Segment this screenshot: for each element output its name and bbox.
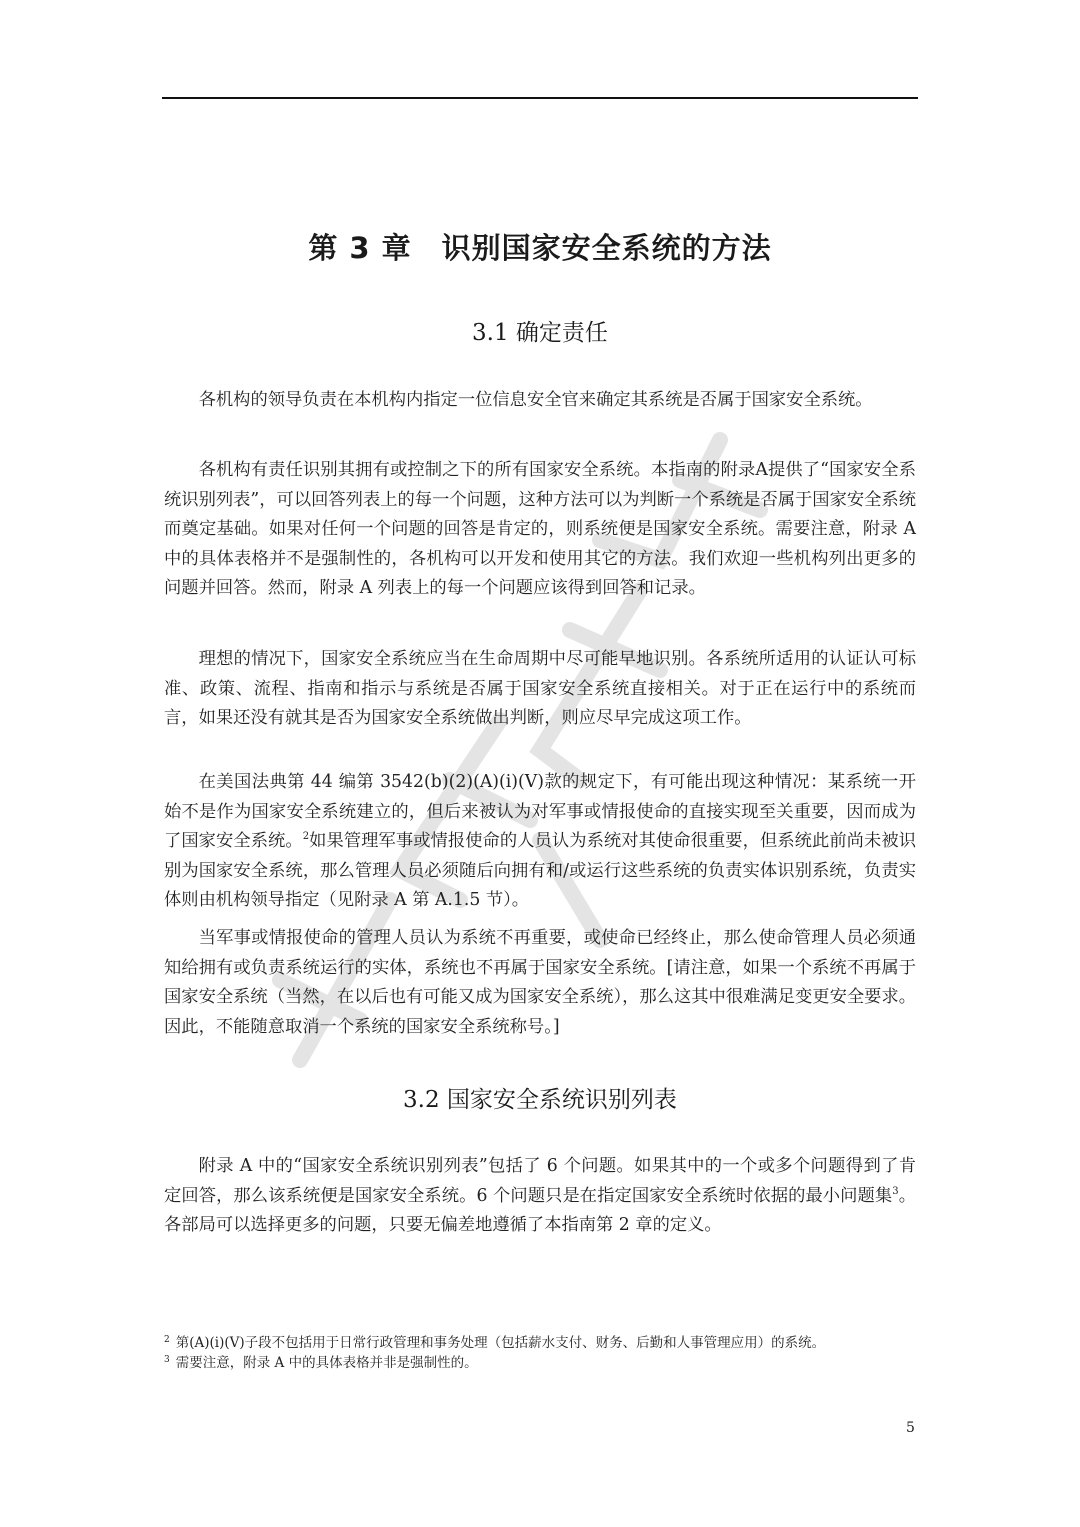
paragraph: 各机构有责任识别其拥有或控制之下的所有国家安全系统。本指南的附录A提供了“国家安…	[164, 456, 916, 604]
header-rule	[162, 97, 918, 99]
document-page: 第 3 章 识别国家安全系统的方法 3.1 确定责任 各机构的领导负责在本机构内…	[0, 0, 1080, 1527]
section-title-3-1: 3.1 确定责任	[0, 314, 1080, 347]
paragraph: 理想的情况下，国家安全系统应当在生命周期中尽可能早地识别。各系统所适用的认证认可…	[164, 645, 916, 734]
section-title-3-2: 3.2 国家安全系统识别列表	[0, 1081, 1080, 1114]
footnote-2: 2第(A)(i)(V)子段不包括用于日常行政管理和事务处理（包括薪水支付、财务、…	[164, 1333, 920, 1353]
footnotes: 2第(A)(i)(V)子段不包括用于日常行政管理和事务处理（包括薪水支付、财务、…	[164, 1333, 920, 1373]
footnote-number: 3	[164, 1355, 170, 1365]
footnote-text: 需要注意，附录 A 中的具体表格并非是强制性的。	[176, 1355, 478, 1371]
footnote-number: 2	[164, 1335, 170, 1345]
page-number: 5	[906, 1420, 915, 1436]
paragraph: 各机构的领导负责在本机构内指定一位信息安全官来确定其系统是否属于国家安全系统。	[164, 386, 916, 416]
footnote-text: 第(A)(i)(V)子段不包括用于日常行政管理和事务处理（包括薪水支付、财务、后…	[176, 1335, 825, 1351]
paragraph-text: 附录 A 中的“国家安全系统识别列表”包括了 6 个问题。如果其中的一个或多个问…	[164, 1156, 916, 1206]
chapter-title: 第 3 章 识别国家安全系统的方法	[0, 226, 1080, 267]
paragraph: 当军事或情报使命的管理人员认为系统不再重要，或使命已经终止，那么使命管理人员必须…	[164, 924, 916, 1042]
paragraph-with-footnote: 在美国法典第 44 编第 3542(b)(2)(A)(i)(V)款的规定下，有可…	[164, 768, 916, 916]
paragraph-with-footnote: 附录 A 中的“国家安全系统识别列表”包括了 6 个问题。如果其中的一个或多个问…	[164, 1152, 916, 1241]
footnote-3: 3需要注意，附录 A 中的具体表格并非是强制性的。	[164, 1353, 920, 1373]
